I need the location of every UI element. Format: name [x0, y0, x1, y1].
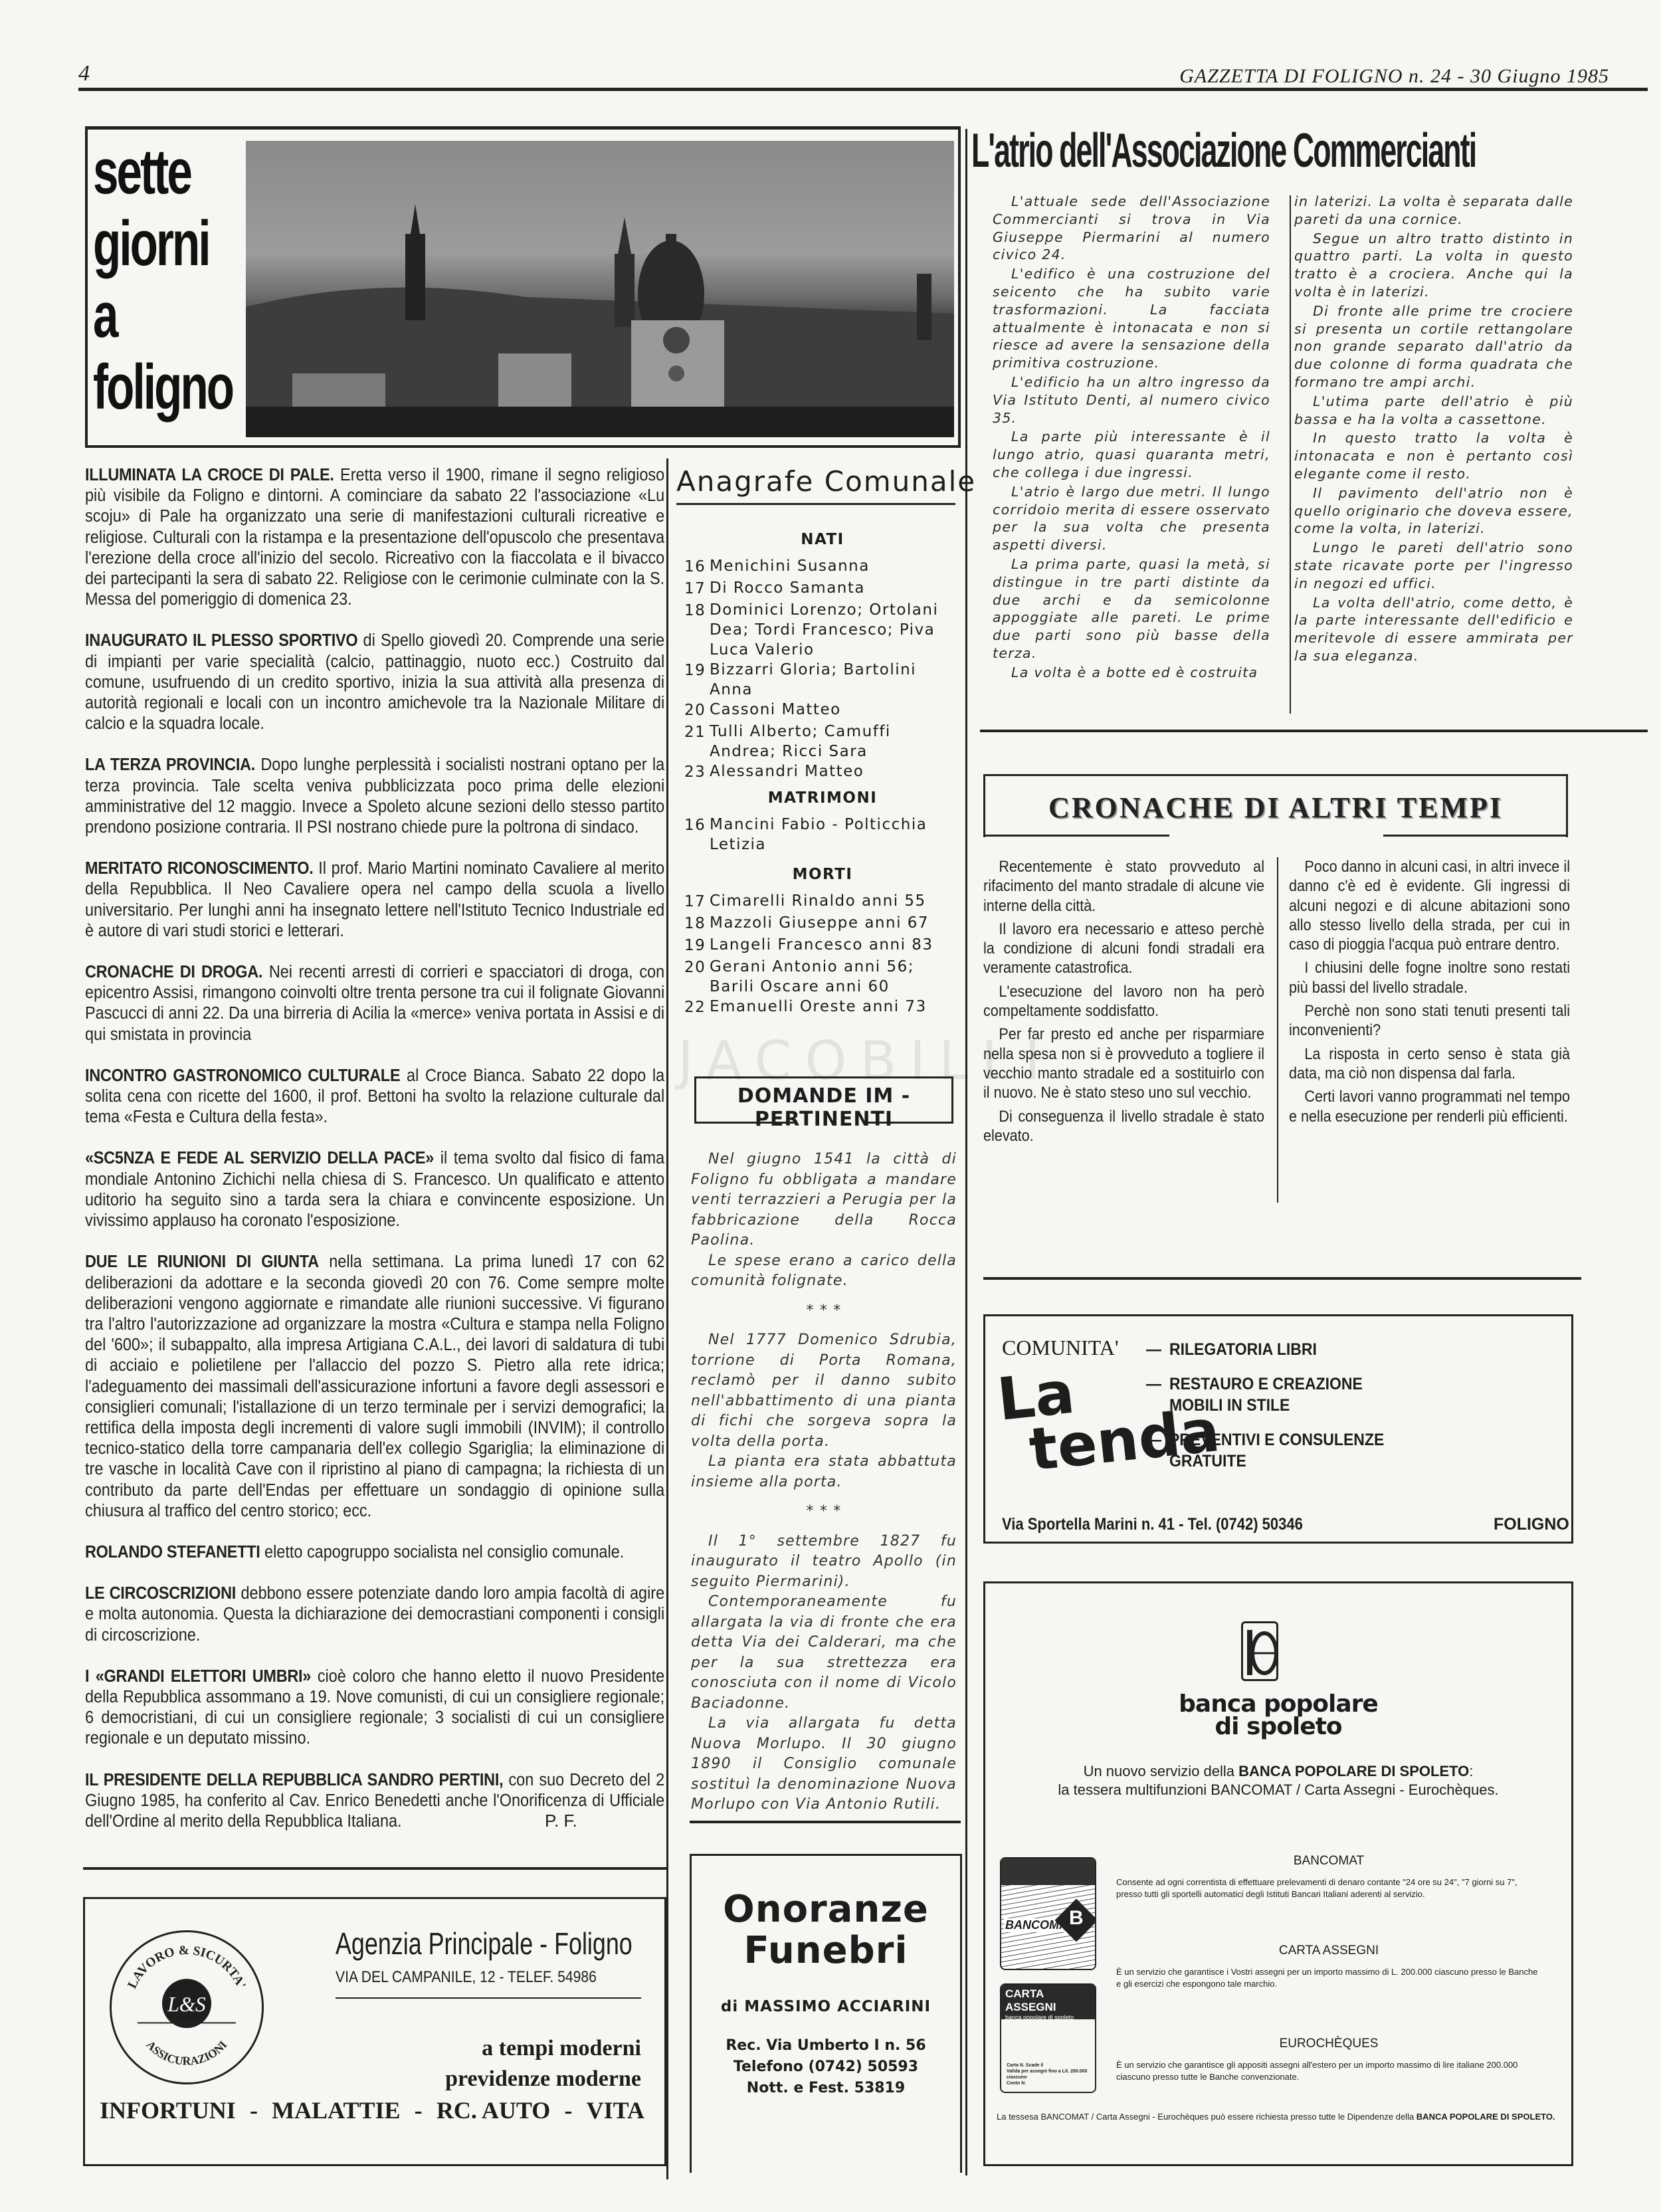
cronache-column-2: Poco danno in alcuni casi, in altri inve…	[1289, 857, 1568, 1130]
paragraph: Lungo le pareti dell'atrio sono state ri…	[1294, 539, 1573, 592]
city-skyline-image	[246, 141, 954, 437]
news-item: «SC5NZA E FEDE AL SERVIZIO DELLA PACE» i…	[85, 1148, 664, 1231]
bancomat-card-image: BANCOMAT B	[1000, 1857, 1096, 1970]
ad-address: Rec. Via Umberto I n. 56	[692, 2035, 960, 2057]
paragraph: Di conseguenza il livello stradale è sta…	[983, 1107, 1264, 1146]
list-item: 18Dominici Lorenzo; Ortolani Dea; Tordi …	[684, 600, 961, 660]
list-item: 17Cimarelli Rinaldo anni 55	[684, 891, 961, 913]
section-heading-nati: NATI	[684, 529, 961, 551]
ad-contact: Rec. Via Umberto I n. 56 Telefono (0742)…	[692, 2035, 960, 2099]
names: Cimarelli Rinaldo anni 55	[710, 891, 961, 913]
list-item: 19Bizzarri Gloria; Bartolini Anna	[684, 660, 961, 700]
list-item: 22Emanuelli Oreste anni 73	[684, 997, 961, 1019]
paragraph: La via allargata fu detta Nuova Morlupo.…	[691, 1714, 957, 1815]
news-item: CRONACHE DI DROGA. Nei recenti arresti d…	[85, 962, 664, 1045]
names: Mazzoli Giuseppe anni 67	[710, 913, 961, 935]
names: Menichini Susanna	[710, 556, 961, 578]
paragraph: Il lavoro era necessario e atteso perchè…	[983, 920, 1264, 978]
paragraph: In questo tratto la volta è intonacata e…	[1294, 429, 1573, 482]
paragraph: Nel giugno 1541 la città di Foligno fu o…	[691, 1150, 957, 1251]
news-lead: LE CIRCOSCRIZIONI	[85, 1584, 236, 1603]
cronache-title: CRONACHE DI ALTRI TEMPI	[983, 791, 1568, 825]
list-item: 16Mancini Fabio - Polticchia Letizia	[684, 815, 961, 855]
ad-services: —RILEGATORIA LIBRI —RESTAURO E CREAZIONE…	[1146, 1339, 1389, 1485]
list-item: 19Langeli Francesco anni 83	[684, 935, 961, 957]
paragraph: L'edifico è una costruzione del seicento…	[993, 265, 1270, 372]
paragraph: Contemporaneamente fu allargata la via d…	[691, 1592, 957, 1714]
masthead-bottom-rule	[85, 445, 961, 448]
news-lead: MERITATO RICONOSCIMENTO.	[85, 859, 313, 878]
page-number: 4	[78, 61, 90, 86]
day: 19	[684, 660, 710, 700]
paragraph: La volta dell'atrio, come detto, è la pa…	[1294, 594, 1573, 665]
foligno-photo	[246, 141, 954, 437]
atrio-column-1: L'attuale sede dell'Associazione Commerc…	[993, 193, 1270, 683]
list-item: 20Cassoni Matteo	[684, 700, 961, 722]
day: 23	[684, 761, 710, 783]
names: Langeli Francesco anni 83	[710, 935, 961, 957]
paragraph: L'esecuzione del lavoro non ha però comp…	[983, 982, 1264, 1021]
cronache-column-1: Recentemente è stato provveduto al rifac…	[983, 857, 1266, 1150]
day: 16	[684, 556, 710, 578]
ad-slogan: a tempi moderni previdenze moderne	[336, 2033, 641, 2094]
paragraph: L'edificio ha un altro ingresso da Via I…	[993, 373, 1270, 427]
banca-section-eurocheques: EUROCHÈQUES È un servizio che garantisce…	[1116, 2037, 1541, 2083]
news-lead: ROLANDO STEFANETTI	[85, 1543, 260, 1561]
title-line: giorni	[93, 208, 196, 280]
news-item: ILLUMINATA LA CROCE DI PALE. Eretta vers…	[85, 465, 664, 610]
running-title: GAZZETTA DI FOLIGNO n. 24 - 30 Giugno 19…	[1179, 65, 1609, 88]
section-rule	[980, 730, 1648, 732]
news-item: ROLANDO STEFANETTI eletto capogruppo soc…	[85, 1542, 664, 1563]
news-lead: ILLUMINATA LA CROCE DI PALE.	[85, 466, 334, 484]
news-lead: INCONTRO GASTRONOMICO CULTURALE	[85, 1066, 400, 1085]
banca-intro: Un nuovo servizio della BANCA POPOLARE D…	[983, 1762, 1573, 1799]
paragraph: Poco danno in alcuni casi, in altri inve…	[1289, 857, 1570, 954]
day: 20	[684, 957, 710, 997]
anagrafe-list: NATI 16Menichini Susanna 17Di Rocco Sama…	[684, 525, 961, 1019]
banca-logo-icon	[1241, 1621, 1278, 1681]
paragraph: Per far presto ed anche per risparmiare …	[983, 1025, 1264, 1102]
domande-text: Nel giugno 1541 la città di Foligno fu o…	[691, 1150, 957, 1815]
paragraph: La volta è a botte ed è costruita	[993, 664, 1270, 682]
separator-stars: * * *	[691, 1301, 957, 1322]
names: Emanuelli Oreste anni 73	[710, 997, 961, 1019]
names: Bizzarri Gloria; Bartolini Anna	[710, 660, 961, 700]
paragraph: Di fronte alle prime tre crociere si pre…	[1294, 302, 1573, 391]
atrio-column-2: in laterizi. La volta è separata dalle p…	[1294, 193, 1573, 666]
paragraph: Perchè non sono stati tenuti presenti ta…	[1289, 1001, 1570, 1041]
column-divider	[1277, 857, 1278, 1203]
news-lead: INAUGURATO IL PLESSO SPORTIVO	[85, 631, 357, 650]
svg-text:L&S: L&S	[167, 1993, 206, 2016]
news-item: INCONTRO GASTRONOMICO CULTURALE al Croce…	[85, 1066, 664, 1128]
list-item: 17Di Rocco Samanta	[684, 578, 961, 600]
paragraph: Segue un altro tratto distinto in quattr…	[1294, 230, 1573, 301]
news-lead: IL PRESIDENTE DELLA REPUBBLICA SANDRO PE…	[85, 1771, 503, 1789]
day: 22	[684, 997, 710, 1019]
ad-address: VIA DEL CAMPANILE, 12 - TELEF. 54986	[336, 1968, 597, 1987]
news-item: DUE LE RIUNIONI DI GIUNTA nella settiman…	[85, 1252, 664, 1522]
day: 18	[684, 600, 710, 660]
anagrafe-title: Anagrafe Comunale	[676, 465, 976, 498]
banca-section-carta-assegni: CARTA ASSEGNI È un servizio che garantis…	[1116, 1944, 1541, 1990]
news-item: I «GRANDI ELETTORI UMBRI» cioè coloro ch…	[85, 1666, 664, 1750]
ad-agency: Agenzia Principale - Foligno	[336, 1926, 633, 1961]
banca-name: banca popolare di spoleto	[983, 1693, 1573, 1738]
names: Dominici Lorenzo; Ortolani Dea; Tordi Fr…	[710, 600, 961, 660]
domande-rule	[694, 1122, 794, 1124]
list-item: 16Menichini Susanna	[684, 556, 961, 578]
banca-section-bancomat: BANCOMAT Consente ad ogni correntista di…	[1116, 1854, 1541, 1900]
names: Tulli Alberto; Camuffi Andrea; Ricci Sar…	[710, 722, 961, 761]
column-divider	[965, 129, 967, 2175]
paragraph: L'atrio è largo due metri. Il lungo corr…	[993, 483, 1270, 554]
names: Alessandri Matteo	[710, 761, 961, 783]
news-lead: LA TERZA PROVINCIA.	[85, 755, 255, 774]
paragraph: Il pavimento dell'atrio non è quello ori…	[1294, 484, 1573, 538]
news-text: nella settimana. La prima lunedì 17 con …	[85, 1253, 664, 1520]
ad-owner: di MASSIMO ACCIARINI	[692, 1998, 960, 2015]
paragraph: Recentemente è stato provveduto al rifac…	[983, 857, 1264, 916]
day: 19	[684, 935, 710, 957]
news-text: Eretta verso il 1900, rimane il segno re…	[85, 466, 664, 609]
header-rule	[78, 88, 1648, 91]
domande-title: DOMANDE IM - PERTINENTI	[694, 1084, 953, 1131]
paragraph: La risposta in certo senso è stata già d…	[1289, 1045, 1570, 1084]
news-item: LA TERZA PROVINCIA. Dopo lunghe perpless…	[85, 755, 664, 838]
day: 20	[684, 700, 710, 722]
svg-text:ASSICURAZIONI: ASSICURAZIONI	[144, 2038, 229, 2068]
news-item: INAUGURATO IL PLESSO SPORTIVO di Spello …	[85, 631, 664, 734]
column-divider	[666, 458, 668, 2179]
list-item: 18Mazzoli Giuseppe anni 67	[684, 913, 961, 935]
sette-giorni-title: sette giorni a foligno	[93, 136, 196, 423]
ad-address: Via Sportella Marini n. 41 - Tel. (0742)…	[1002, 1515, 1303, 1534]
names: Mancini Fabio - Polticchia Letizia	[710, 815, 961, 855]
cronache-rule	[983, 835, 1169, 837]
onoranze-funebri-ad: Onoranze Funebri di MASSIMO ACCIARINI Re…	[690, 1854, 962, 2173]
ad-comunita: COMUNITA'	[1002, 1336, 1119, 1360]
news-item: IL PRESIDENTE DELLA REPUBBLICA SANDRO PE…	[85, 1770, 664, 1833]
paragraph: Le spese erano a carico della comunità f…	[691, 1251, 957, 1292]
news-item: MERITATO RICONOSCIMENTO. Il prof. Mario …	[85, 858, 664, 942]
title-line: a	[93, 280, 196, 352]
ad-phone: Telefono (0742) 50593	[692, 2057, 960, 2078]
lavoro-sicurta-logo-icon: LAVORO & SICURTA' L&S ASSICURAZIONI	[110, 1930, 264, 2084]
news-lead: I «GRANDI ELETTORI UMBRI»	[85, 1667, 311, 1686]
ad-night-phone: Nott. e Fest. 53819	[692, 2078, 960, 2099]
section-rule	[983, 1277, 1581, 1280]
day: 18	[684, 913, 710, 935]
service-item: —PREVENTIVI E CONSULENZE GRATUITE	[1146, 1429, 1389, 1472]
ad-city: FOLIGNO	[1494, 1515, 1569, 1534]
author-signature: P. F.	[545, 1811, 577, 1831]
ad-title-line: Onoranze	[692, 1889, 960, 1930]
section-heading-matrimoni: MATRIMONI	[684, 787, 961, 809]
paragraph: La prima parte, quasi la metà, si distin…	[993, 555, 1270, 662]
day: 16	[684, 815, 710, 855]
news-lead: «SC5NZA E FEDE AL SERVIZIO DELLA PACE»	[85, 1149, 434, 1167]
ad-rule	[336, 1997, 641, 1999]
paragraph: La pianta era stata abbattuta insieme al…	[691, 1452, 957, 1492]
section-rule	[83, 1867, 666, 1870]
service-item: —RILEGATORIA LIBRI	[1146, 1339, 1389, 1360]
news-lead: CRONACHE DI DROGA.	[85, 963, 262, 981]
names: Di Rocco Samanta	[710, 578, 961, 600]
service-item: —RESTAURO E CREAZIONE MOBILI IN STILE	[1146, 1373, 1389, 1416]
paragraph: Certi lavori vanno programmati nel tempo…	[1289, 1087, 1570, 1126]
cronache-rule	[1383, 835, 1568, 837]
names: Gerani Antonio anni 56; Barili Oscare an…	[710, 957, 961, 997]
domande-rule	[867, 1122, 953, 1124]
news-item: LE CIRCOSCRIZIONI debbono essere potenzi…	[85, 1583, 664, 1646]
names: Cassoni Matteo	[710, 700, 961, 722]
title-line: sette	[93, 136, 196, 208]
anagrafe-rule	[676, 503, 955, 505]
carta-assegni-card-image: CARTA ASSEGNI banca popolare di spoleto …	[1000, 1983, 1096, 2093]
news-column: ILLUMINATA LA CROCE DI PALE. Eretta vers…	[85, 465, 664, 1853]
list-item: 20Gerani Antonio anni 56; Barili Oscare …	[684, 957, 961, 997]
list-item: 23Alessandri Matteo	[684, 761, 961, 783]
paragraph: Il 1° settembre 1827 fu inaugurato il te…	[691, 1532, 957, 1593]
paragraph: L'attuale sede dell'Associazione Commerc…	[993, 193, 1270, 264]
section-rule	[690, 1821, 961, 1823]
column-divider	[1290, 195, 1291, 714]
day: 17	[684, 891, 710, 913]
atrio-headline: L'atrio dell'Associazione Commercianti	[971, 124, 1400, 178]
paragraph: in laterizi. La volta è separata dalle p…	[1294, 193, 1573, 229]
paragraph: La parte più interessante è il lungo atr…	[993, 428, 1270, 481]
ad-insurance-lines: INFORTUNI - MALATTIE - RC. AUTO - VITA	[100, 2096, 644, 2124]
paragraph: I chiusini delle fogne inoltre sono rest…	[1289, 958, 1570, 997]
section-heading-morti: MORTI	[684, 864, 961, 886]
news-lead: DUE LE RIUNIONI DI GIUNTA	[85, 1253, 319, 1271]
bancomat-logo-icon: B	[1054, 1898, 1096, 1942]
ad-title-line: Funebri	[692, 1930, 960, 1971]
day: 21	[684, 722, 710, 761]
paragraph: L'utima parte dell'atrio è più bassa e h…	[1294, 393, 1573, 429]
day: 17	[684, 578, 710, 600]
paragraph: Nel 1777 Domenico Sdrubia, torrione di P…	[691, 1330, 957, 1452]
list-item: 21Tulli Alberto; Camuffi Andrea; Ricci S…	[684, 722, 961, 761]
title-line: foligno	[93, 352, 196, 423]
news-text: eletto capogruppo socialista nel consigl…	[260, 1543, 625, 1561]
separator-stars: * * *	[691, 1502, 957, 1522]
banca-footer: La tessesa BANCOMAT / Carta Assegni - Eu…	[997, 2112, 1561, 2122]
